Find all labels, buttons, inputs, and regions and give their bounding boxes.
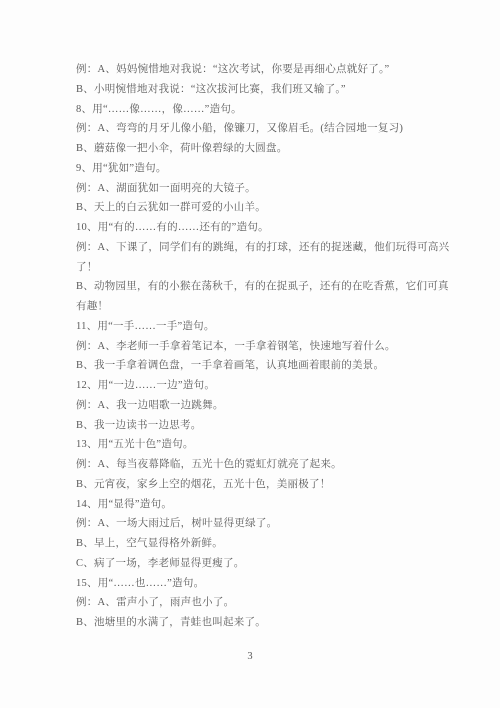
text-line: B、我一边读书一边思考。 xyxy=(76,416,446,436)
text-line: 例：A、弯弯的月牙儿像小船，像镰刀，又像眉毛。(结合园地一复习) xyxy=(76,119,446,139)
text-line: 12、用“一边……一边”造句。 xyxy=(76,376,446,396)
page-number: 3 xyxy=(0,650,500,664)
text-line: 例：A、李老师一手拿着笔记本，一手拿着钢笔，快速地写着什么。 xyxy=(76,337,446,357)
text-line: B、池塘里的水满了，青蛙也叫起来了。 xyxy=(76,613,446,633)
text-line: 了！ xyxy=(76,258,446,278)
text-line: 例：A、下课了，同学们有的跳绳，有的打球，还有的捉迷藏，他们玩得可高兴 xyxy=(76,238,446,258)
text-line: B、小明惋惜地对我说：“这次拔河比赛，我们班又输了。” xyxy=(76,80,446,100)
text-line: 10、用“有的……有的……还有的”造句。 xyxy=(76,218,446,238)
text-line: 例：A、一场大雨过后，树叶显得更绿了。 xyxy=(76,514,446,534)
document-page: 例：A、妈妈惋惜地对我说：“这次考试，你要是再细心点就好了。” B、小明惋惜地对… xyxy=(0,0,500,708)
text-line: 例：A、妈妈惋惜地对我说：“这次考试，你要是再细心点就好了。” xyxy=(76,60,446,80)
text-line: B、我一手拿着调色盘，一手拿着画笔，认真地画着眼前的美景。 xyxy=(76,356,446,376)
text-line: B、天上的白云犹如一群可爱的小山羊。 xyxy=(76,198,446,218)
text-line: 例：A、我一边唱歌一边跳舞。 xyxy=(76,396,446,416)
text-block: 例：A、妈妈惋惜地对我说：“这次考试，你要是再细心点就好了。” B、小明惋惜地对… xyxy=(76,60,446,633)
text-line: 例：A、雷声小了，雨声也小了。 xyxy=(76,593,446,613)
text-line: 例：A、每当夜幕降临，五光十色的霓虹灯就亮了起来。 xyxy=(76,455,446,475)
text-line: 13、用“五光十色”造句。 xyxy=(76,435,446,455)
text-line: 11、用“一手……一手”造句。 xyxy=(76,317,446,337)
text-line: 有趣！ xyxy=(76,297,446,317)
text-line: 例：A、湖面犹如一面明亮的大镜子。 xyxy=(76,179,446,199)
text-line: B、元宵夜，家乡上空的烟花，五光十色，美丽极了！ xyxy=(76,475,446,495)
text-line: 9、用“犹如”造句。 xyxy=(76,159,446,179)
text-line: B、动物园里，有的小猴在荡秋千，有的在捉虱子，还有的在吃香蕉，它们可真 xyxy=(76,277,446,297)
text-line: 15、用“……也……”造句。 xyxy=(76,574,446,594)
text-line: 14、用“显得”造句。 xyxy=(76,495,446,515)
text-line: B、早上，空气显得格外新鲜。 xyxy=(76,534,446,554)
text-line: 8、用“……像……，像……”造句。 xyxy=(76,100,446,120)
text-line: B、蘑菇像一把小伞，荷叶像碧绿的大圆盘。 xyxy=(76,139,446,159)
text-line: C、病了一场，李老师显得更瘦了。 xyxy=(76,554,446,574)
